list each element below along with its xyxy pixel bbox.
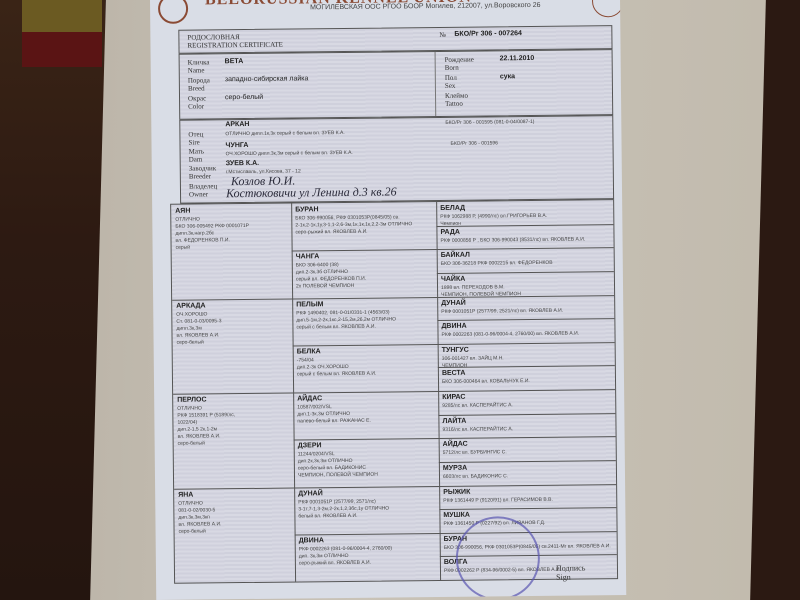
pedigree-cell: БУРАНБКО 306-990056, РКФ 0301053Р(0845/0…: [291, 202, 436, 252]
pedigree-cell: ЧАЙКА1898 вл. ПЕРЕХОДОВ В.М.ЧЕМПИОН, ПОЛ…: [437, 271, 614, 297]
ancestor-detail: вл. ЯКОВЛЕВ А.И.: [178, 521, 221, 527]
pedigree-cell: АЙДАС10587/002/VSLдип.1-3к,3м ОТЛИЧНОпал…: [293, 391, 438, 441]
sex-label-ru: Пол: [445, 74, 457, 82]
ancestor-detail: 11244/0204/VSL: [298, 451, 335, 457]
sign-label-en: Sign: [556, 573, 571, 582]
ancestor-name: БЕЛКА: [297, 348, 321, 355]
ancestor-detail: 9316/лс вл. КАСПЕРАЙТИС А.: [442, 426, 513, 433]
ancestor-detail: палево-белый вл. РАЖАНАС Е.: [297, 418, 370, 425]
pedigree-tree: АЯНОТЛИЧНОБКО 306-005492 РКФ 0001071Рдип…: [170, 199, 618, 584]
ancestor-detail: БКО 306-990056, РКФ 0301053Р(0845/05) св…: [295, 214, 399, 221]
generation-2-column: БУРАНБКО 306-990056, РКФ 0301053Р(0845/0…: [291, 202, 441, 582]
ancestor-name: АЯН: [175, 208, 190, 215]
ancestor-detail: серый вл. ФЕДОРЕНКОВ П.И.: [296, 276, 366, 283]
born-label-ru: Рождение: [445, 56, 474, 64]
ancestor-detail: дип.1-3к,3м ОТЛИЧНО: [297, 411, 350, 418]
title-en: REGISTRATION CERTIFICATE: [187, 41, 283, 50]
sire-label-en: Sire: [188, 138, 199, 146]
ancestor-name: ЧАЙКА: [441, 276, 465, 283]
ancestor-detail: дип.2-1,5 2к,1-2м: [177, 426, 217, 432]
pedigree-cell: МУРЗА6603/лс вл. БАДИКОНИС С.: [439, 460, 616, 486]
ancestor-detail: серо-рыжий вл. ЯКОВЛЕВ А.И.: [299, 559, 371, 566]
breed-label-en: Breed: [188, 84, 205, 92]
ancestor-name: ДУНАЙ: [298, 490, 323, 497]
parents-box: АРКАН БКО/Рг 306 - 001595 (081-0-04/0087…: [179, 115, 614, 204]
born-label-en: Born: [445, 64, 459, 72]
pedigree-cell: ЛАЙТА9316/лс вл. КАСПЕРАЙТИС А.: [438, 413, 615, 439]
pedigree-cell: ПЕЛЫМРКФ 1490402, 081-0-01/0331-1 (4563/…: [292, 297, 437, 347]
pedigree-cell: ДВИНАРКФ 0002263 (081-0-96/0004-4, 2760/…: [295, 533, 440, 582]
ancestor-name: АРКАДА: [176, 302, 205, 309]
ancestor-detail: ОЧ.ХОРОШО: [176, 311, 207, 317]
ancestor-detail: ЧЕМПИОН, ПОЛЕВОЙ ЧЕМПИОН: [298, 472, 378, 479]
ancestor-detail: 2х ПОЛЕВОЙ ЧЕМПИОН: [296, 283, 354, 290]
ancestor-detail: ОТЛИЧНО: [175, 216, 200, 222]
ancestor-name: РЫЖИК: [443, 488, 470, 495]
ancestor-name: ЯНА: [178, 491, 193, 498]
pedigree-cell: РЫЖИКРКФ 1361449 Р (9120/91) вл. ГЕРАСИМ…: [439, 484, 616, 510]
pedigree-cell: ВЕСТАБКО 306-000464 вл. КОВАЛЬЧУК Е.И.: [438, 366, 615, 392]
color-label-en: Color: [188, 102, 204, 110]
ancestor-detail: 1898 вл. ПЕРЕХОДОВ В.М.: [441, 284, 505, 291]
name-label-en: Name: [188, 66, 205, 74]
ancestor-detail: РКФ 1490402, 081-0-01/0331-1 (4563/03): [296, 309, 389, 316]
ancestor-detail: РКФ 0001051Р (2577/99, 2571/лс): [298, 498, 376, 505]
pedigree-cell: АРКАДАОЧ.ХОРОШОСт. 081-0-03/0095-3дипл.3…: [172, 298, 293, 395]
ancestor-detail: РКФ 1062988 Р, (4990/лс) вл.ГРИГОРЬЕВ В.…: [440, 213, 547, 220]
background-object: [22, 0, 102, 32]
ancestor-detail: дипл.3к,нагр.2бс: [175, 230, 214, 236]
ancestor-detail: РКФ 0002263 (081-0-96/0004-4, 2760/00) в…: [441, 331, 579, 338]
ancestor-name: ЛАЙТА: [442, 417, 466, 424]
dog-born: 22.11.2010: [500, 55, 535, 62]
number-label: №: [439, 31, 446, 39]
ancestor-name: ВЕСТА: [442, 370, 466, 377]
ancestor-name: ДВИНА: [299, 537, 324, 544]
ancestor-detail: РКФ 1361449 Р (9120/91) вл. ГЕРАСИМОВ В.…: [443, 496, 553, 503]
ancestor-detail: серый с белым вл. ЯКОВЛЕВ А.И.: [296, 323, 375, 330]
ancestor-detail: вл. ФЕДОРЕНКОВ П.И.: [175, 237, 229, 244]
sire-reg: БКО/Рг 306 - 001595 (081-0-04/0087-1): [445, 119, 534, 126]
ancestor-detail: БКО 306-6400 (38): [296, 262, 339, 268]
pedigree-cell: ДВИНАРКФ 0002263 (081-0-96/0004-4, 2760/…: [437, 318, 614, 344]
pedigree-cell: ДУНАЙРКФ 0001051Р (2577/99, 2521/лс) вл.…: [437, 295, 614, 321]
tattoo-label-ru: Клеймо: [445, 92, 468, 100]
dog-sex: сука: [500, 73, 515, 80]
ancestor-detail: 3-1т,7-1,3-2м,2-2к,1,2,3бс,1у ОТЛИЧНО: [298, 505, 389, 512]
pedigree-cell: АЯНОТЛИЧНОБКО 306-005492 РКФ 0001071Рдип…: [171, 204, 292, 301]
dam-reg: БКО/Рг 306 - 001596: [450, 140, 497, 146]
pedigree-cell: ПЕРЛОСОТЛИЧНОРКФ 1518391 Р (5189/лс,1022…: [173, 393, 294, 490]
ancestor-detail: БКО 306-005492 РКФ 0001071Р: [175, 223, 249, 230]
dog-color: серо-белый: [225, 94, 263, 101]
pedigree-cell: ЯНАОТЛИЧНО081-0-02/0030-5дип.3к,3м,3кпвл…: [174, 487, 295, 583]
ancestor-detail: дип.2-3к,3б ОТЛИЧНО: [296, 269, 348, 276]
dam-name: ЧУНГА: [225, 142, 248, 149]
ancestor-name: ПЕРЛОС: [177, 396, 206, 403]
ancestor-detail: серый: [176, 245, 191, 251]
ancestor-detail: РКФ 0001051Р (2577/99, 2521/лс) вл. ЯКОВ…: [441, 307, 563, 314]
ancestor-name: БЕЛАД: [440, 205, 465, 212]
ancestor-detail: белый вл. ЯКОВЛЕВ А.И.: [298, 512, 357, 519]
ancestor-detail: дип.2к,3к,3м ОТЛИЧНО: [298, 458, 353, 465]
ancestor-name: БАЙКАЛ: [441, 252, 470, 259]
org-address: МОГИЛЕВСКАЯ ООС РГОО БООР Могилев, 21200…: [310, 2, 540, 11]
ancestor-detail: 10587/002/VSL: [297, 404, 332, 410]
ancestor-detail: серо-белый: [177, 339, 204, 345]
breeder-name: ЗУЕВ К.А.: [226, 160, 259, 167]
ancestor-detail: серо-белый: [178, 440, 205, 446]
generation-1-column: АЯНОТЛИЧНОБКО 306-005492 РКФ 0001071Рдип…: [171, 204, 296, 583]
ancestor-detail: 5712/лс вл. БУРБИНГИС С.: [443, 450, 507, 457]
ancestor-name: МУШКА: [443, 512, 470, 519]
dam-info: ОЧ.ХОРОШО дипл.3к,3м серый с белым вл. З…: [226, 150, 353, 157]
pedigree-cell: РАДАРКФ 0000856 Р , БКО 306-990043 (8531…: [436, 224, 613, 250]
dog-breed: западно-сибирская лайка: [225, 75, 309, 83]
background-object: [22, 32, 102, 67]
official-stamp-icon: [455, 516, 540, 600]
sire-info: ОТЛИЧНО дипл.1к,3к серый с белым вл. ЗУЕ…: [225, 130, 344, 137]
ancestor-detail: дип.3к,3м,3кп: [178, 514, 210, 520]
pedigree-cell: БЕЛКА-754/04дип.2-3к ОЧ.ХОРОШОсерый с бе…: [293, 344, 438, 394]
breeder-label-ru: Заводчик: [189, 164, 216, 172]
pedigree-cell: ДУНАЙРКФ 0001051Р (2577/99, 2571/лс)3-1т…: [294, 485, 439, 535]
ancestor-detail: дип.5-1м,2-2к,1кс,2-15,2м,26,2м ОТЛИЧНО: [296, 316, 396, 323]
breed-label-ru: Порода: [188, 76, 210, 84]
pedigree-cell: ДЗЕРИ11244/0204/VSLдип.2к,3к,3м ОТЛИЧНОс…: [294, 438, 439, 488]
dog-name: ВЕТА: [225, 58, 244, 65]
ancestor-detail: вл. ЯКОВЛЕВ А.И.: [178, 433, 221, 439]
kennel-logo-icon: [158, 0, 188, 24]
ancestor-detail: ОТЛИЧНО: [177, 405, 202, 411]
ancestor-name: ЧАНГА: [296, 253, 320, 260]
ancestor-name: АЙДАС: [443, 441, 468, 448]
ancestor-name: ПЕЛЫМ: [296, 301, 323, 308]
pedigree-cell: БЕЛАДРКФ 1062988 Р, (4990/лс) вл.ГРИГОРЬ…: [436, 200, 613, 226]
ancestor-detail: РКФ 0002263 (081-0-96/0004-4, 2760/00): [299, 545, 392, 552]
ancestor-detail: РКФ 0000856 Р , БКО 306-990043 (8531/лс)…: [441, 236, 586, 244]
owner-label-en: Owner: [189, 190, 208, 198]
dam-label-ru: Мать: [189, 147, 204, 155]
ancestor-detail: 2-1к,2-1к,1у,3-1,1-2,6-3м,1к,1к,1к,2,2-3…: [295, 221, 412, 228]
name-label-ru: Кличка: [188, 58, 210, 66]
owner-label-ru: Владелец: [189, 182, 217, 190]
fci-emblem-icon: [592, 0, 624, 17]
ancestor-detail: БКО 306-36218 РКФ 0002215 вл. ФЕДОРЕНКОВ: [441, 260, 553, 267]
ancestor-name: МУРЗА: [443, 465, 467, 472]
ancestor-detail: серо-рыжий вл. ЯКОВЛЕВ А.И.: [295, 229, 367, 236]
ancestor-detail: серо-белый: [179, 528, 206, 534]
ancestor-detail: 1022/04): [177, 420, 197, 426]
dam-label-en: Dam: [189, 155, 203, 163]
ancestor-detail: дипл.3к,3м: [176, 325, 201, 331]
sign-label-ru: Подпись: [556, 563, 585, 572]
generation-3-column: БЕЛАДРКФ 1062988 Р, (4990/лс) вл.ГРИГОРЬ…: [436, 200, 617, 580]
pedigree-cell: БАЙКАЛБКО 306-36218 РКФ 0002215 вл. ФЕДО…: [437, 247, 614, 273]
pedigree-document: BELORUSSIAN KENNEL UNION МОГИЛЕВСКАЯ ООС…: [150, 0, 626, 600]
ancestor-detail: 9285/лс вл. КАСПЕРАЙТИС А.: [442, 402, 513, 409]
ancestor-name: РАДА: [440, 228, 459, 235]
color-label-ru: Окрас: [188, 94, 206, 102]
ancestor-name: АЙДАС: [297, 395, 322, 402]
ancestor-detail: дип.2-3к ОЧ.ХОРОШО: [297, 364, 349, 371]
sire-label-ru: Отец: [188, 130, 203, 138]
breeder-label-en: Breeder: [189, 172, 211, 180]
ancestor-detail: Ст. 081-0-03/0095-3: [176, 318, 221, 324]
ancestor-detail: дип. 3к,3м ОТЛИЧНО: [299, 553, 349, 560]
ancestor-detail: 6603/лс вл. БАДИКОНИС С.: [443, 473, 508, 480]
ancestor-detail: серый с белым вл. ЯКОВЛЕВ А.И.: [297, 370, 376, 377]
sire-name: АРКАН: [225, 121, 249, 128]
ancestor-detail: -754/04: [297, 357, 314, 363]
certificate-number: БКО/Рг 306 - 007264: [454, 30, 522, 38]
dog-info-box: КличкаName ВЕТА ПородаBreed западно-сиби…: [179, 49, 614, 120]
ancestor-name: ДЗЕРИ: [298, 442, 322, 449]
ancestor-detail: ОТЛИЧНО: [178, 500, 203, 506]
signature-label: ПодписьSign: [556, 563, 586, 581]
ancestor-detail: РКФ 1518391 Р (5189/лс,: [177, 412, 235, 419]
background-left: [0, 0, 105, 600]
sex-label-en: Sex: [445, 82, 456, 90]
ancestor-name: КИРАС: [442, 394, 465, 401]
ancestor-detail: серо-белый вл. БАДИКОНИС: [298, 465, 366, 472]
pedigree-cell: ЧАНГАБКО 306-6400 (38)дип.2-3к,3б ОТЛИЧН…: [292, 249, 437, 299]
ancestor-detail: БКО 306-000464 вл. КОВАЛЬЧУК Е.И.: [442, 378, 530, 385]
ancestor-name: ДВИНА: [441, 323, 466, 330]
ancestor-name: ДУНАЙ: [441, 299, 466, 306]
ancestor-name: БУРАН: [295, 206, 318, 213]
ancestor-detail: вл. ЯКОВЛЕВ А.И.: [176, 332, 219, 338]
pedigree-cell: АЙДАС5712/лс вл. БУРБИНГИС С.: [439, 436, 616, 462]
ancestor-detail: 081-0-02/0030-5: [178, 507, 215, 513]
tattoo-label-en: Tattoo: [445, 100, 463, 108]
pedigree-cell: КИРАС9285/лс вл. КАСПЕРАЙТИС А.: [438, 389, 615, 415]
pedigree-cell: ТУНГУС306-001427 вл. ЗАЙЦ М.Н.ЧЕМПИОН: [438, 342, 615, 368]
owner-address: Костюковичи ул Ленина д.3 кв.26: [226, 184, 397, 201]
ancestor-name: ТУНГУС: [442, 346, 469, 353]
ancestor-detail: 306-001427 вл. ЗАЙЦ М.Н.: [442, 355, 504, 362]
